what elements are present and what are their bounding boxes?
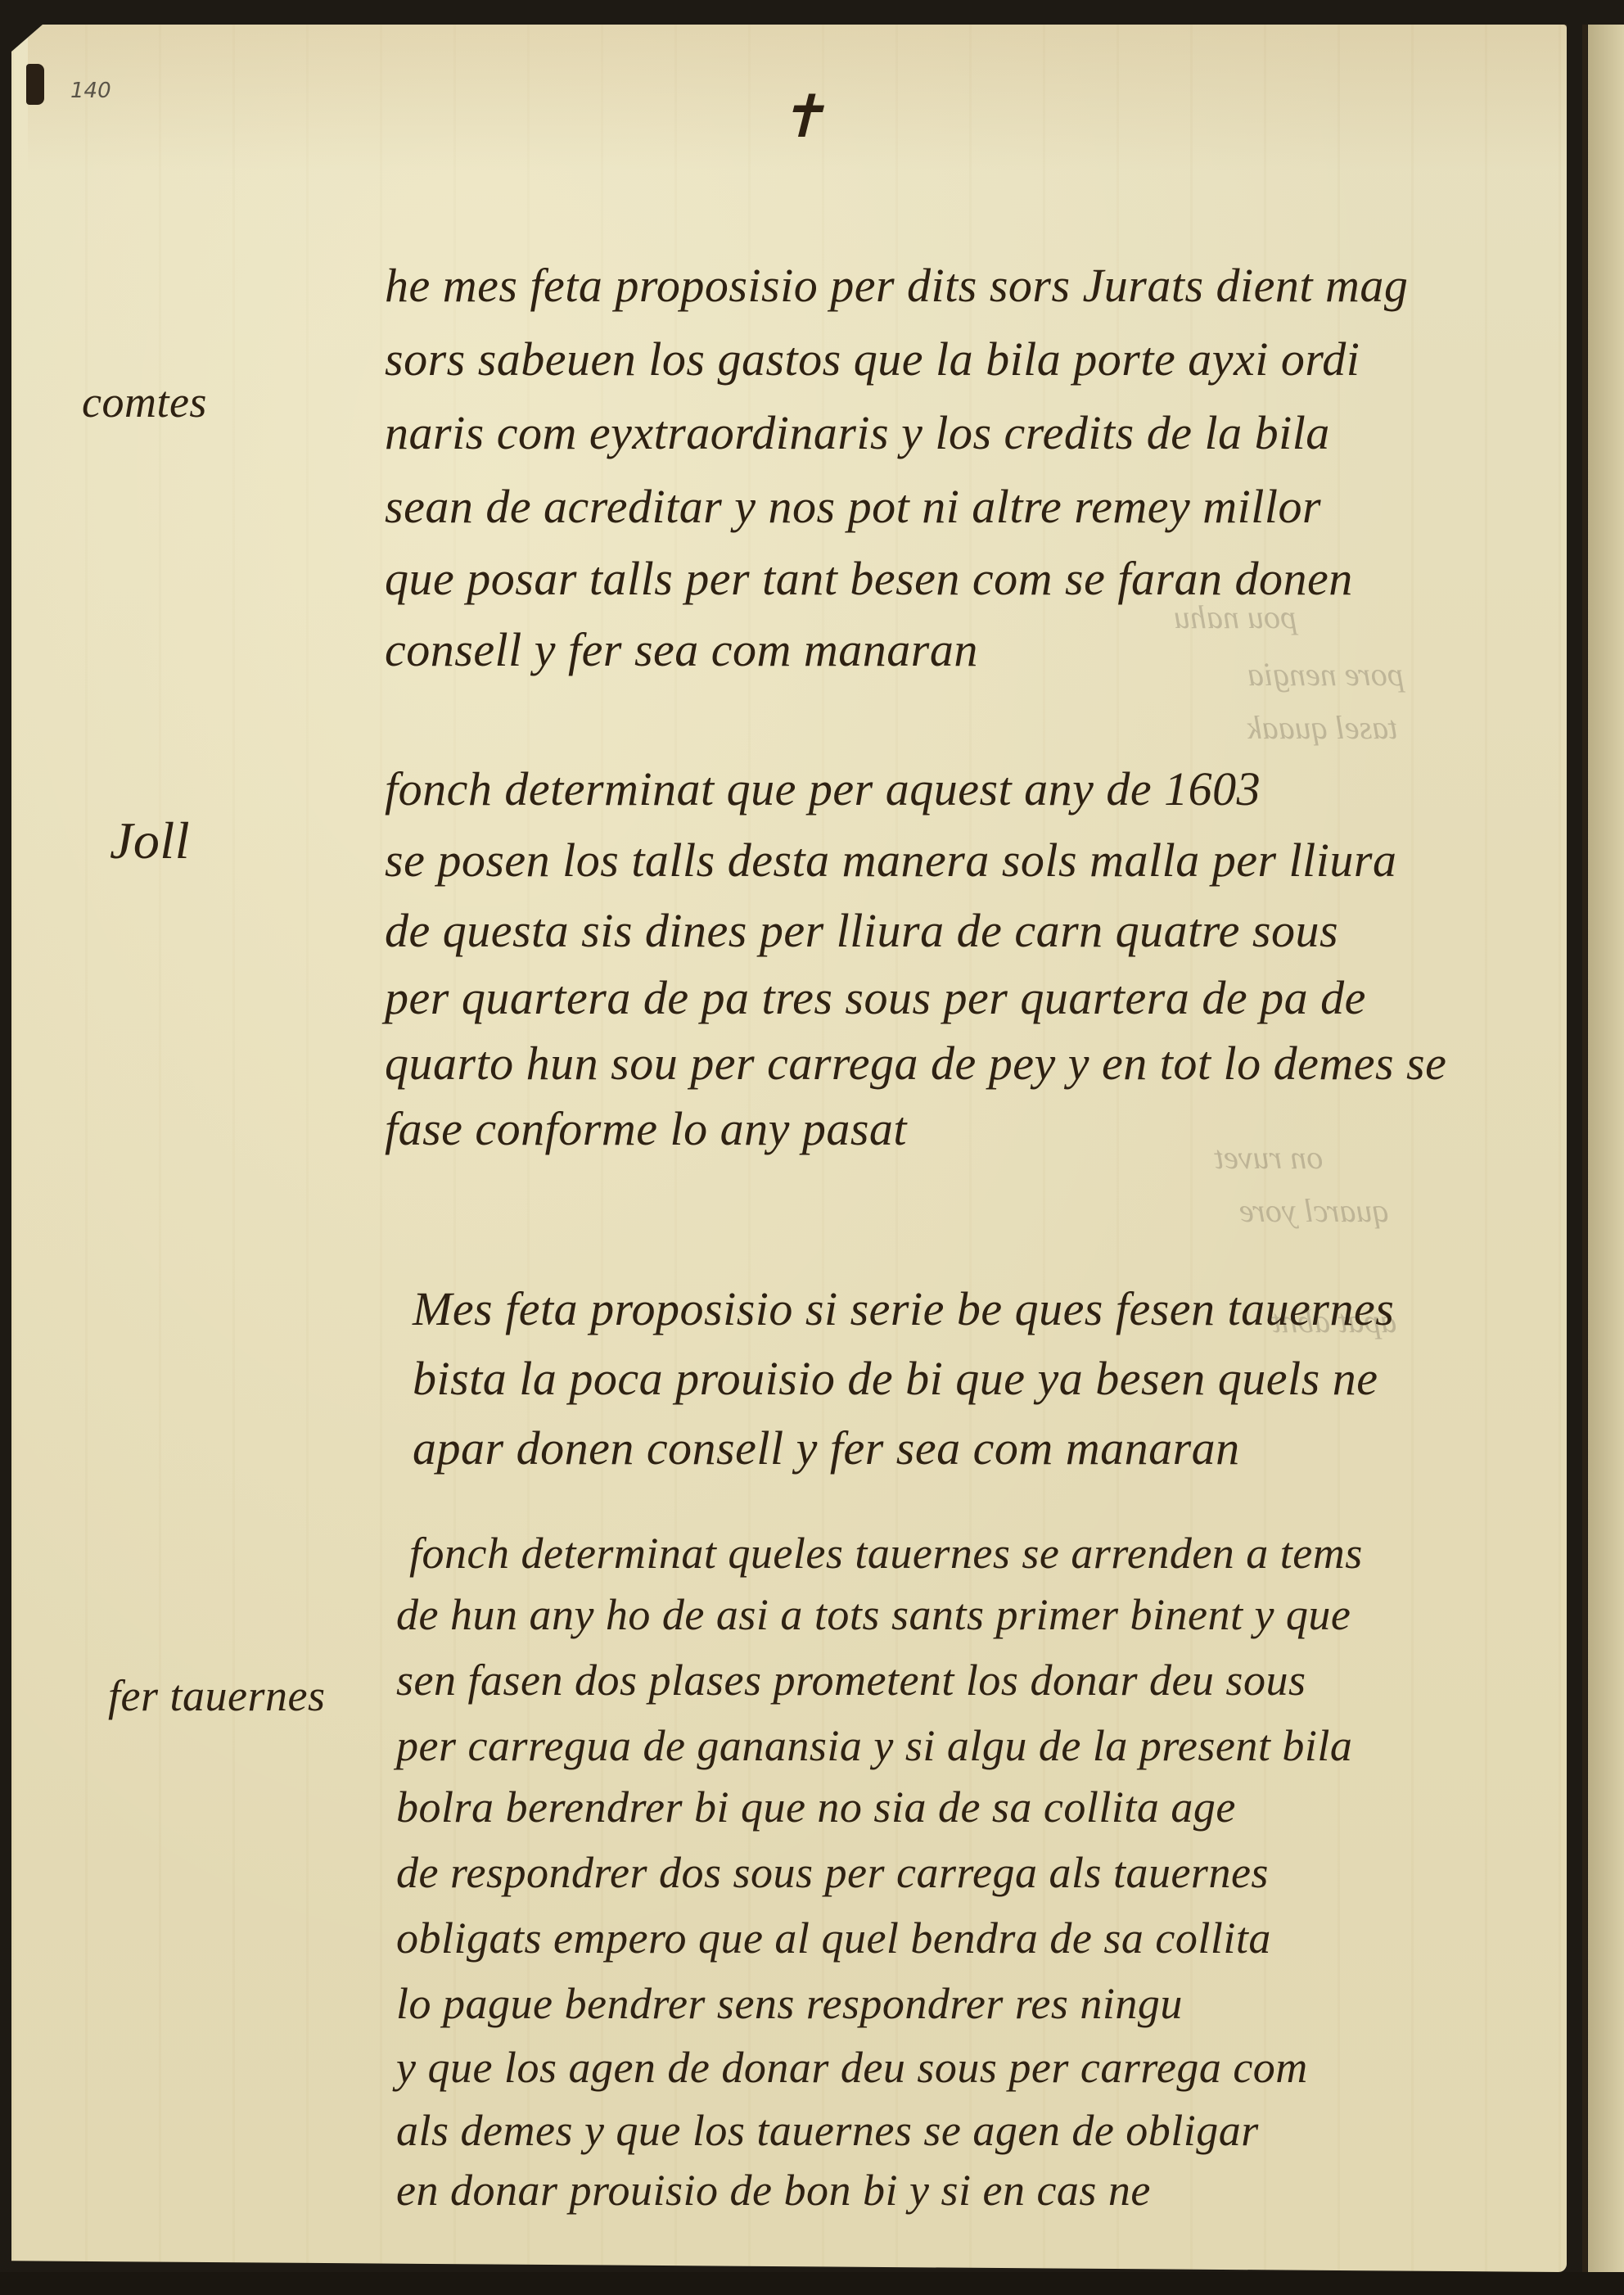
text-line: als demes y que los tauernes se agen de … [396, 2108, 1259, 2153]
text-line: fase conforme lo any pasat [385, 1105, 907, 1153]
bleed-through-text: tasel quaak [1247, 708, 1397, 747]
text-line: fonch determinat queles tauernes se arre… [409, 1531, 1363, 1575]
folio-number: 140 [70, 79, 111, 103]
text-line: per quartera de pa tres sous per quarter… [385, 974, 1366, 1022]
bleed-through-text: on ruvet [1215, 1138, 1323, 1177]
text-line: sors sabeuen los gastos que la bila port… [385, 336, 1360, 383]
text-line: fonch determinat que per aquest any de 1… [385, 766, 1261, 813]
text-line: que posar talls per tant besen com se fa… [385, 555, 1353, 603]
text-line: per carregua de ganansia y si algu de la… [396, 1724, 1352, 1768]
manuscript-page: 140 ✝ pou nahu pore nengia tasel quaak o… [11, 25, 1567, 2272]
margin-note-fer-tauernes: fer tauernes [108, 1670, 325, 1721]
text-line: sen fasen dos plases prometent los donar… [396, 1658, 1306, 1702]
text-line: bolra berendrer bi que no sia de sa coll… [396, 1785, 1236, 1829]
text-line: de respondrer dos sous per carrega als t… [396, 1850, 1269, 1895]
text-line: de questa sis dines per lliura de carn q… [385, 907, 1338, 955]
text-line: obligats empero que al quel bendra de sa… [396, 1916, 1271, 1960]
bleed-through-text: pore nengia [1247, 655, 1404, 693]
adjacent-page-edge [1588, 25, 1624, 2272]
cross-mark-icon: ✝ [777, 82, 827, 151]
text-line: he mes feta proposisio per dits sors Jur… [385, 262, 1408, 309]
page-gutter-line [1582, 25, 1587, 2272]
text-line: Mes feta proposisio si serie be ques fes… [413, 1285, 1394, 1333]
text-line: de hun any ho de asi a tots sants primer… [396, 1592, 1351, 1637]
text-line: en donar prouisio de bon bi y si en cas … [396, 2168, 1151, 2212]
text-line: apar donen consell y fer sea com manaran [413, 1425, 1240, 1472]
margin-note-joll: Joll [110, 811, 190, 871]
margin-note-comtes: comtes [82, 377, 207, 427]
text-line: se posen los talls desta manera sols mal… [385, 837, 1396, 884]
text-line: naris com eyxtraordinaris y los credits … [385, 409, 1330, 457]
background-edge [0, 2272, 1624, 2295]
text-line: bista la poca prouisio de bi que ya bese… [413, 1355, 1378, 1403]
bleed-through-text: quarcl yore [1239, 1191, 1389, 1230]
text-line: lo pague bendrer sens respondrer res nin… [396, 1981, 1183, 2026]
text-line: quarto hun sou per carrega de pey y en t… [385, 1040, 1446, 1087]
text-line: consell y fer sea com manaran [385, 626, 978, 674]
text-line: sean de acreditar y nos pot ni altre rem… [385, 483, 1321, 531]
binding-tab [26, 64, 44, 105]
text-line: y que los agen de donar deu sous per car… [396, 2045, 1308, 2089]
